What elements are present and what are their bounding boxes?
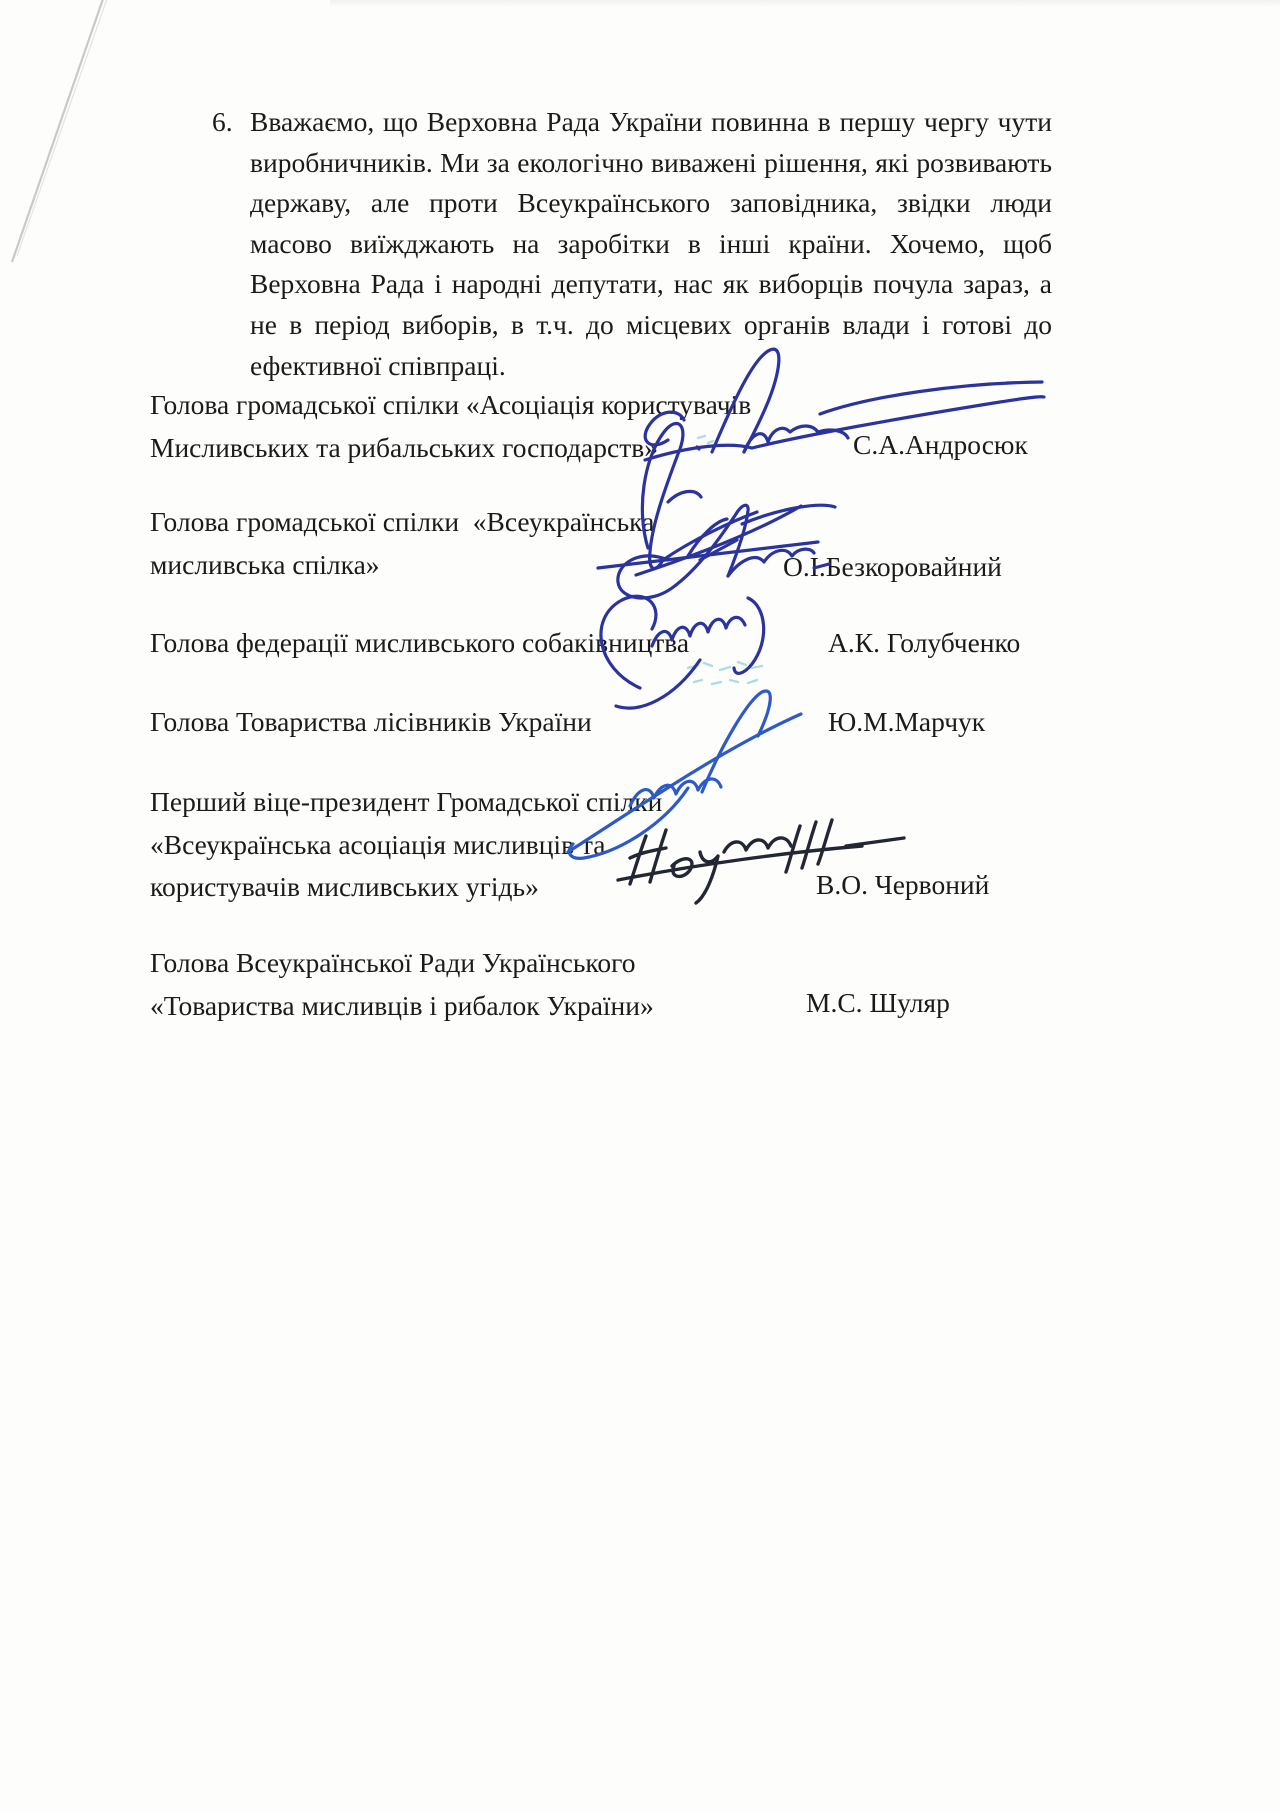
fold-crease-line bbox=[12, 0, 108, 262]
signatory-2-title: Голова громадської спілки «Всеукраїнська… bbox=[150, 501, 860, 586]
paragraph-number: 6. bbox=[212, 102, 250, 386]
signatory-5-name: В.О. Червоний bbox=[816, 864, 989, 907]
scanned-document-page: 6. Вважаємо, що Верховна Рада України по… bbox=[0, 0, 1280, 1811]
signatory-4-name: Ю.М.Марчук bbox=[828, 701, 985, 744]
paragraph-6: 6. Вважаємо, що Верховна Рада України по… bbox=[212, 102, 1052, 386]
signatory-4-title: Голова Товариства лісівників України bbox=[150, 701, 860, 744]
signatory-1-title: Голова громадської спілки «Асоціація кор… bbox=[150, 384, 860, 469]
paragraph-text: Вважаємо, що Верховна Рада України повин… bbox=[250, 102, 1052, 386]
signatory-5-title: Перший віце-президент Громадської спілки… bbox=[150, 781, 860, 909]
signatory-6-name: М.С. Шуляр bbox=[806, 982, 950, 1025]
scan-edge-shadow bbox=[330, 0, 1280, 7]
signatory-3-title: Голова федерації мисливського собаківниц… bbox=[150, 622, 860, 665]
signatory-1-name: С.А.Андросюк bbox=[853, 424, 1028, 467]
signatory-6-title: Голова Всеукраїнської Ради Українського … bbox=[150, 942, 860, 1027]
signatory-3-name: А.К. Голубченко bbox=[828, 622, 1020, 665]
signatory-2-name: О.І.Безкоровайний bbox=[783, 546, 1002, 589]
